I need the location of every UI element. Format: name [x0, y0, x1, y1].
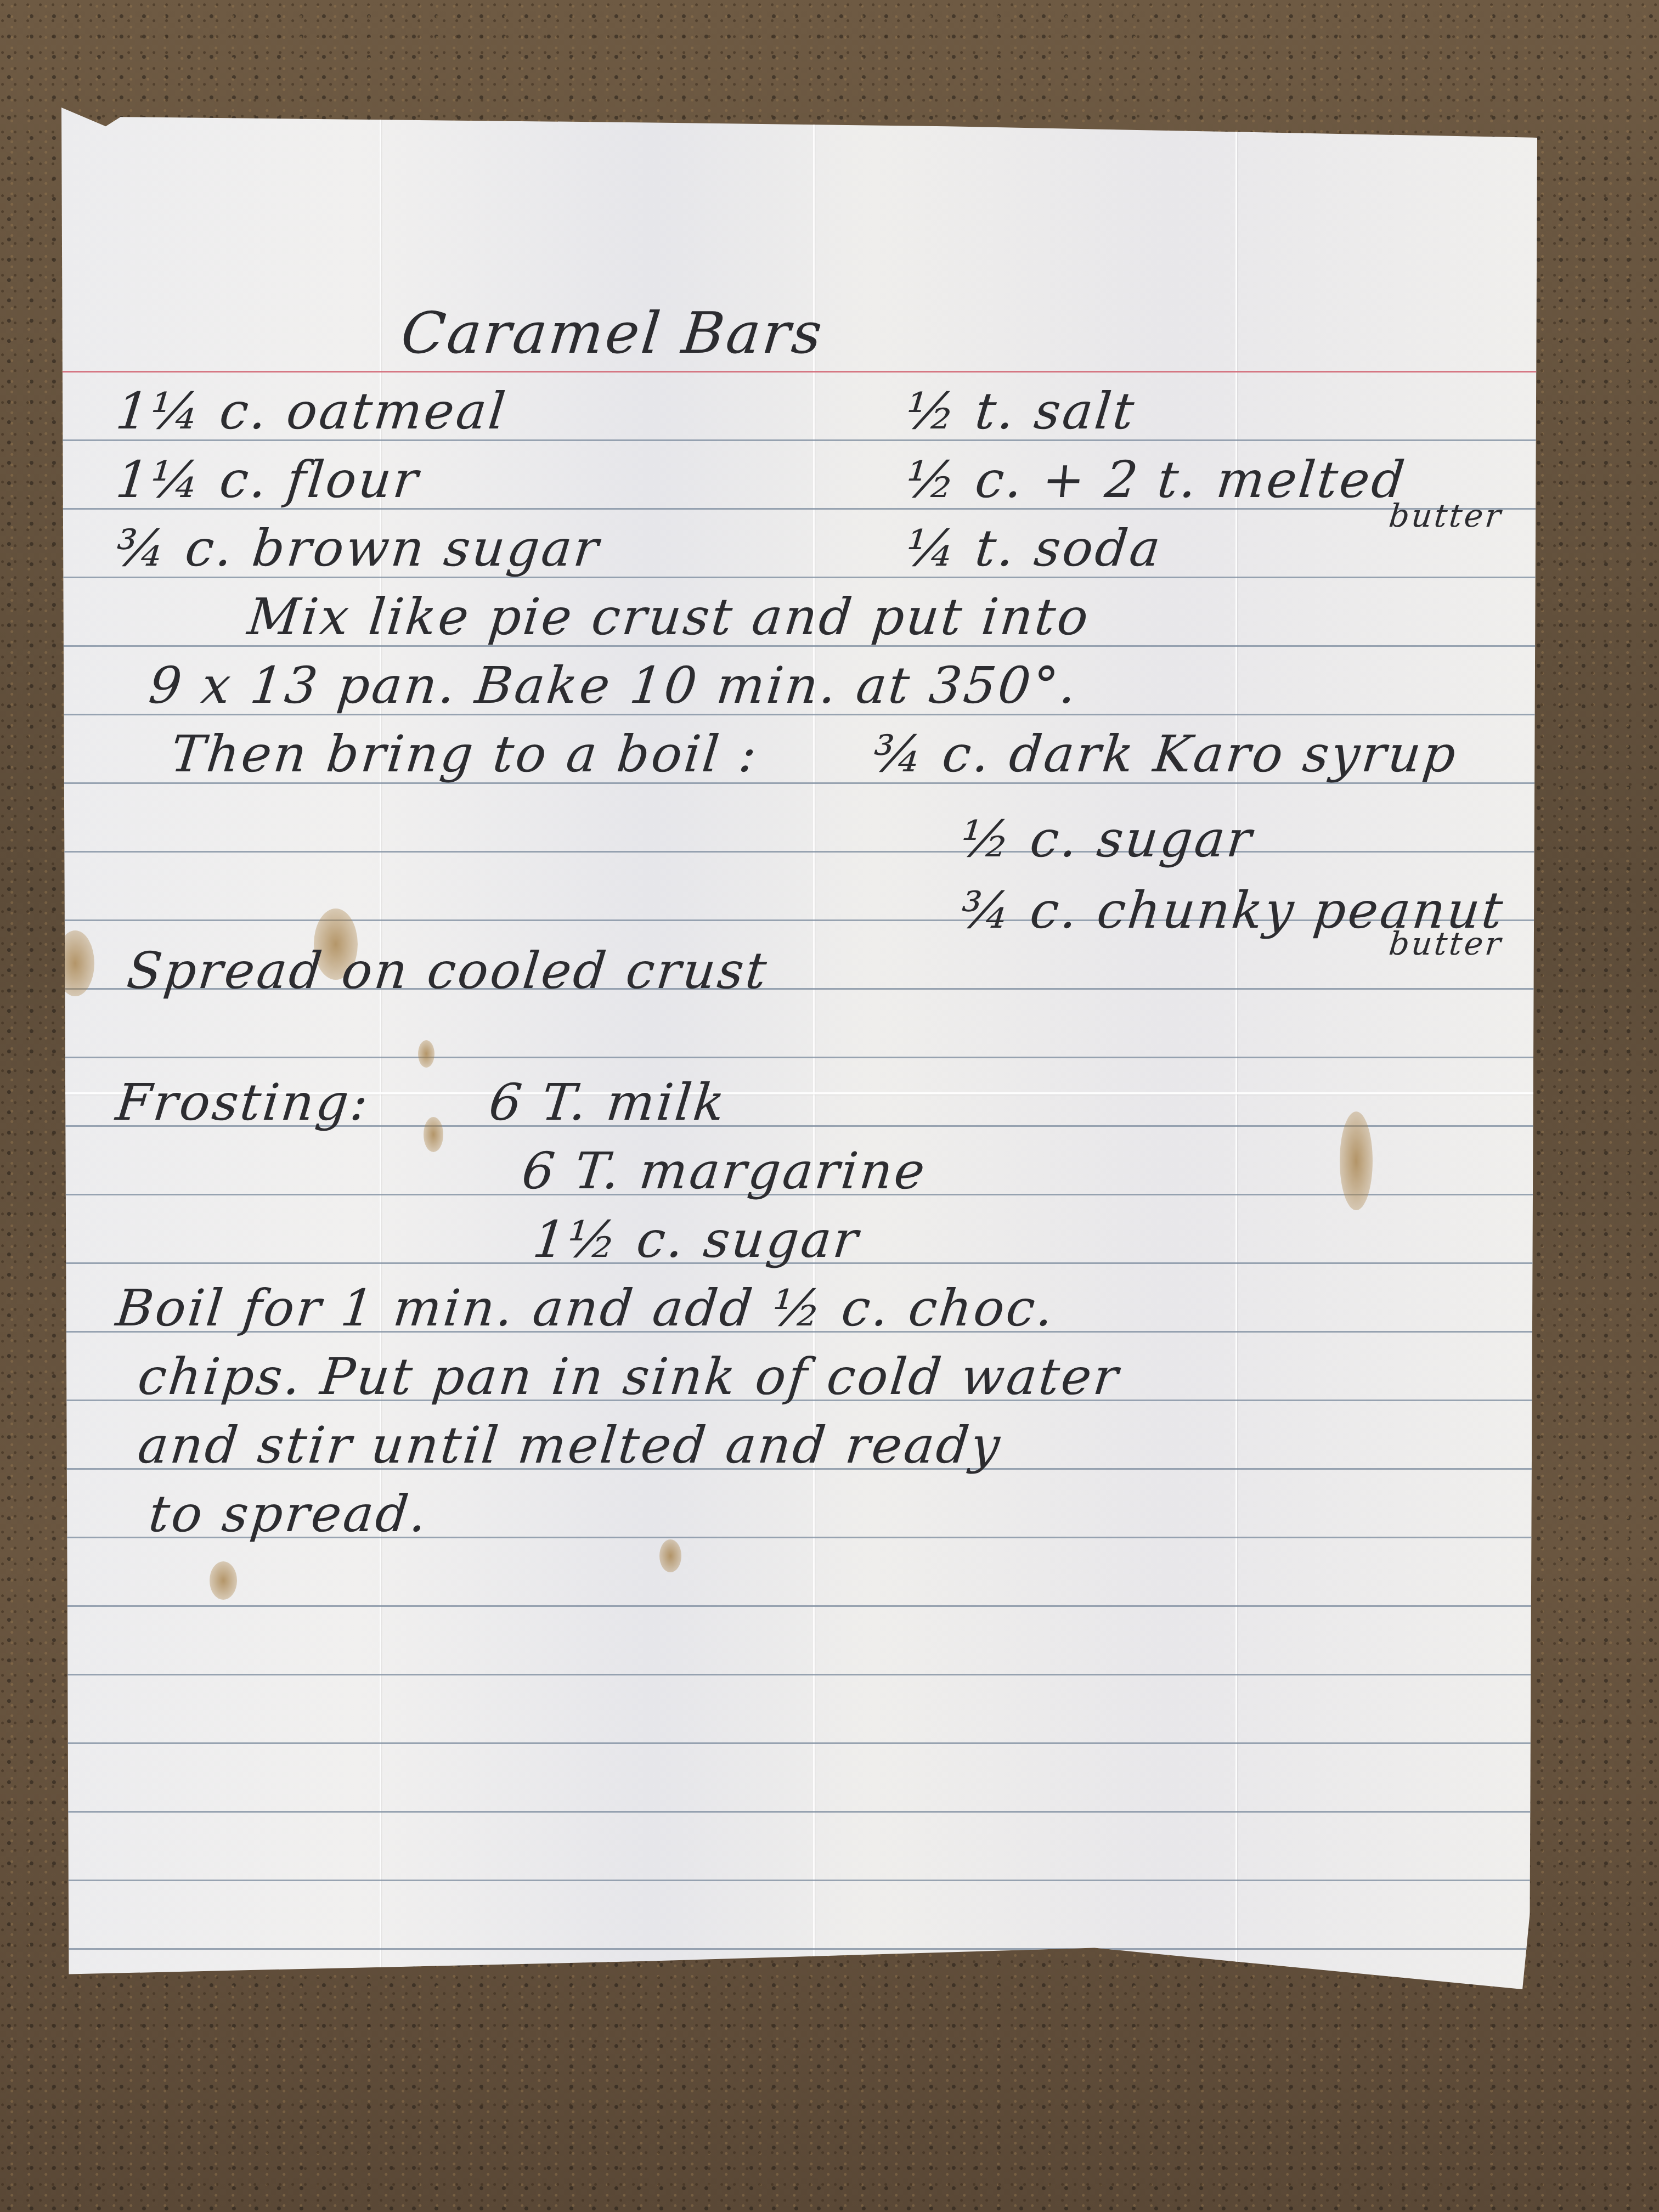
ingredient: 1¼ c. oatmeal — [113, 382, 510, 441]
instruction-line: 9 x 13 pan. Bake 10 min. at 350°. — [146, 656, 1081, 715]
recipe-title: Caramel Bars — [398, 300, 827, 366]
ingredient: ¾ c. brown sugar — [113, 519, 603, 578]
ruled-line — [61, 1811, 1537, 1813]
boil-ingredient: ¾ c. dark Karo syrup — [870, 725, 1460, 783]
instruction-line: to spread. — [146, 1485, 431, 1543]
instruction-line: Mix like pie crust and put into — [245, 588, 1093, 646]
header-rule — [61, 371, 1537, 373]
stain — [56, 930, 94, 996]
instruction-line: chips. Put pan in sink of cold water — [135, 1347, 1123, 1406]
instruction-line: Spread on cooled crust — [124, 941, 771, 1000]
frosting-label: Frosting: — [113, 1073, 373, 1132]
recipe-paper: Caramel Bars 1¼ c. oatmeal 1¼ c. flour ¾… — [61, 108, 1537, 1989]
stain — [659, 1539, 681, 1572]
paper-fold — [813, 108, 815, 1989]
ruled-line — [61, 1948, 1537, 1950]
ingredient: ½ t. salt — [903, 382, 1139, 441]
ruled-line — [61, 1674, 1537, 1675]
stain — [418, 1040, 435, 1068]
ruled-line — [61, 1057, 1537, 1058]
ingredient: 1¼ c. flour — [113, 450, 422, 509]
stain — [1340, 1111, 1373, 1210]
frosting-ingredient: 6 T. margarine — [519, 1142, 929, 1200]
ingredient: ¼ t. soda — [903, 519, 1165, 578]
boil-ingredient-note: butter — [1387, 925, 1504, 962]
ruled-line — [61, 1880, 1537, 1881]
ruled-line — [61, 851, 1537, 853]
paper-fold — [1235, 108, 1237, 1989]
instruction-line: and stir until melted and ready — [135, 1416, 1005, 1475]
stain — [210, 1561, 237, 1600]
frosting-ingredient: 1½ c. sugar — [530, 1210, 862, 1269]
ruled-line — [61, 1742, 1537, 1744]
ruled-line — [61, 1605, 1537, 1607]
ingredient: ½ c. + 2 t. melted — [903, 450, 1409, 509]
instruction-line: Then bring to a boil : — [168, 725, 761, 783]
boil-ingredient: ½ c. sugar — [958, 810, 1256, 868]
ingredient-note: butter — [1387, 497, 1504, 534]
stain — [424, 1117, 443, 1152]
instruction-line: Boil for 1 min. and add ½ c. choc. — [113, 1279, 1058, 1338]
frosting-ingredient: 6 T. milk — [486, 1073, 729, 1132]
